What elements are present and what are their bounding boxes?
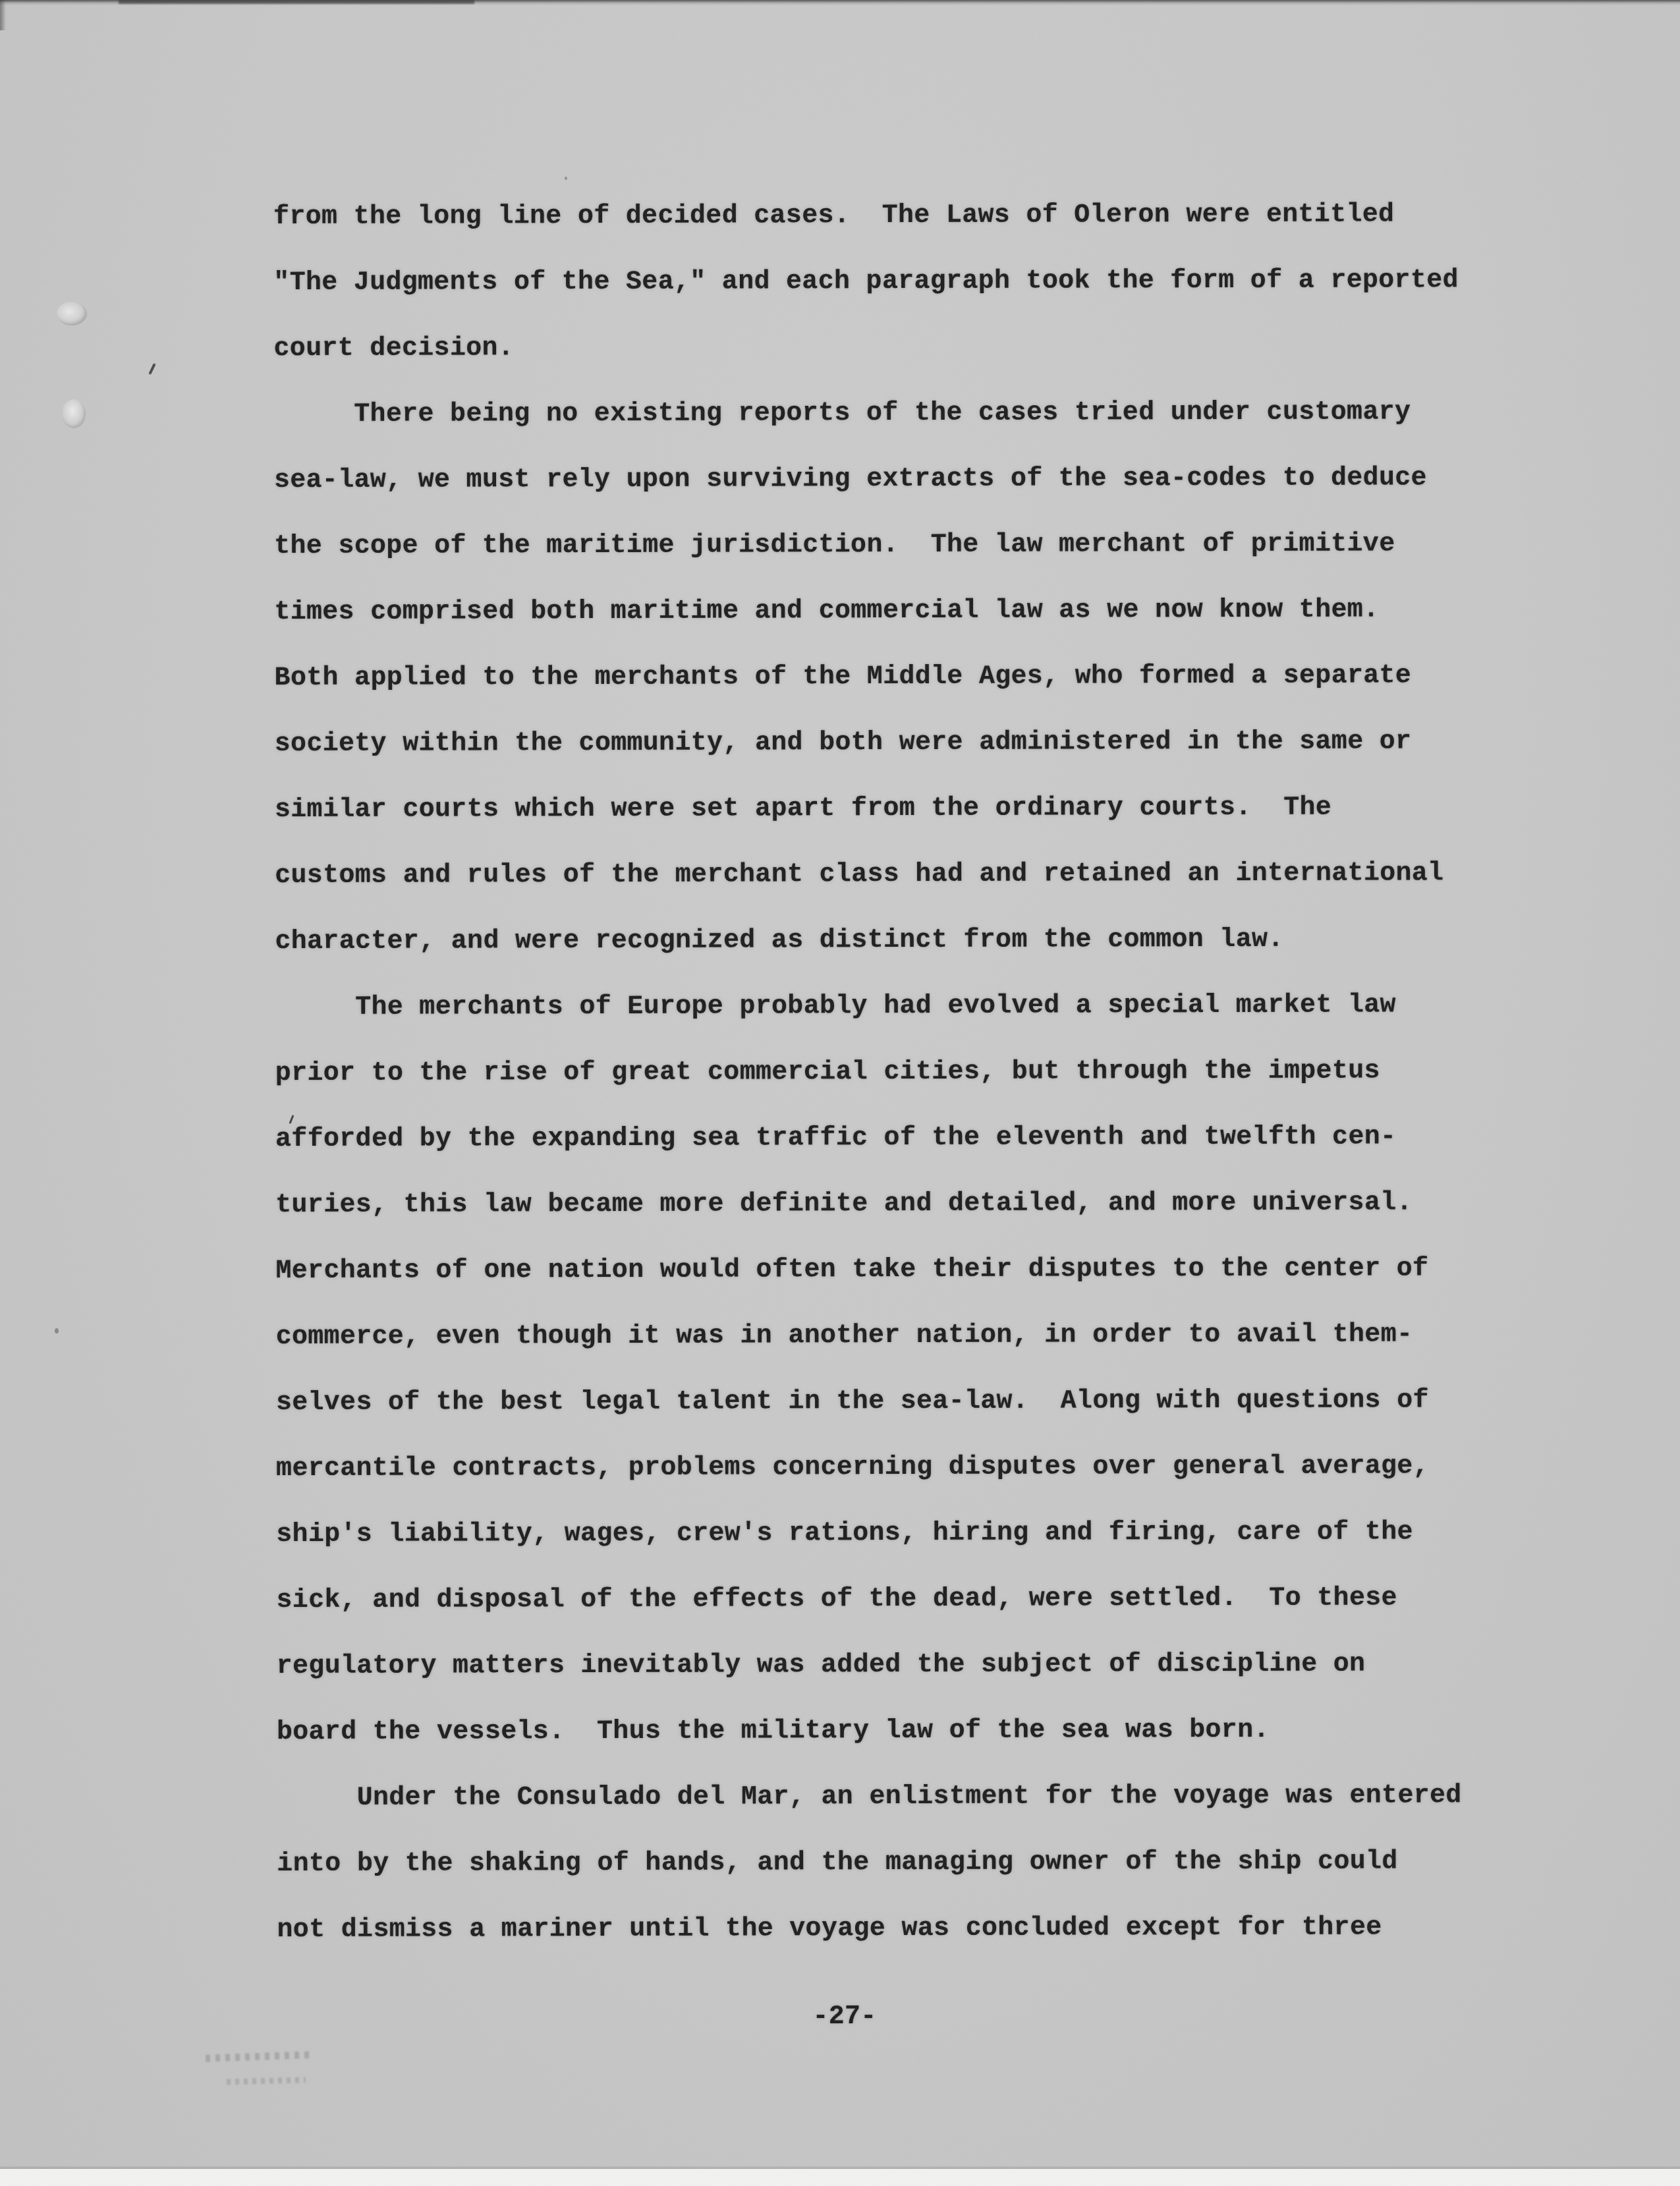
typed-line: the scope of the maritime jurisdiction. … [274, 511, 1459, 580]
typed-line: commerce, even though it was in another … [276, 1302, 1461, 1370]
scanned-page: from the long line of decided cases. The… [0, 0, 1680, 2186]
typed-line: court decision. [273, 314, 1459, 382]
scan-edge-top-dark-segment [119, 0, 474, 4]
typed-line: afforded by the expanding sea traffic of… [275, 1104, 1461, 1173]
typed-line: prior to the rise of great commercial ci… [275, 1038, 1461, 1107]
typed-line: Under the Consulado del Mar, an enlistme… [277, 1763, 1462, 1832]
stray-ink-mark [148, 363, 155, 375]
scan-edge-bottom-strip [0, 2169, 1680, 2186]
typed-line: society within the community, and both w… [275, 709, 1460, 777]
typed-line: not dismiss a mariner until the voyage w… [277, 1895, 1462, 1963]
typed-line: ship's liability, wages, crew's rations,… [276, 1499, 1461, 1568]
pencil-scribble [227, 2077, 306, 2085]
page-number: -27- [252, 1984, 1438, 2050]
typed-line: There being no existing reports of the c… [274, 379, 1459, 448]
typed-line: times comprised both maritime and commer… [274, 577, 1459, 646]
typed-line: similar courts which were set apart from… [275, 775, 1460, 843]
typed-line: "The Judgments of the Sea," and each par… [273, 248, 1459, 316]
paper-smudge [57, 302, 87, 325]
typed-line: Merchants of one nation would often take… [275, 1236, 1461, 1304]
typed-text-block: from the long line of decided cases. The… [273, 182, 1462, 1963]
typed-line: from the long line of decided cases. The… [273, 182, 1459, 250]
typed-line: selves of the best legal talent in the s… [276, 1368, 1461, 1436]
typed-line: character, and were recognized as distin… [275, 907, 1460, 975]
scan-edge-top [0, 0, 1680, 5]
scan-corner-top-left [0, 0, 6, 30]
stray-ink-dot [55, 1328, 59, 1333]
typed-line: turies, this law became more definite an… [275, 1170, 1461, 1239]
typed-line: regulatory matters inevitably was added … [277, 1631, 1462, 1700]
scan-edge-bottom-shadow [0, 2166, 1680, 2169]
typed-line: customs and rules of the merchant class … [275, 841, 1460, 909]
typed-line: into by the shaking of hands, and the ma… [277, 1829, 1462, 1897]
typed-line: sea-law, we must rely upon surviving ext… [274, 445, 1459, 514]
typed-line: mercantile contracts, problems concernin… [276, 1434, 1461, 1502]
typed-line: sick, and disposal of the effects of the… [276, 1565, 1461, 1634]
typed-line: Both applied to the merchants of the Mid… [274, 643, 1459, 712]
pencil-scribble [206, 2051, 311, 2062]
typed-line: The merchants of Europe probably had evo… [275, 972, 1461, 1041]
stray-ink-dot [565, 177, 567, 180]
typed-line: board the vessels. Thus the military law… [277, 1697, 1462, 1766]
paper-smudge [62, 399, 86, 428]
